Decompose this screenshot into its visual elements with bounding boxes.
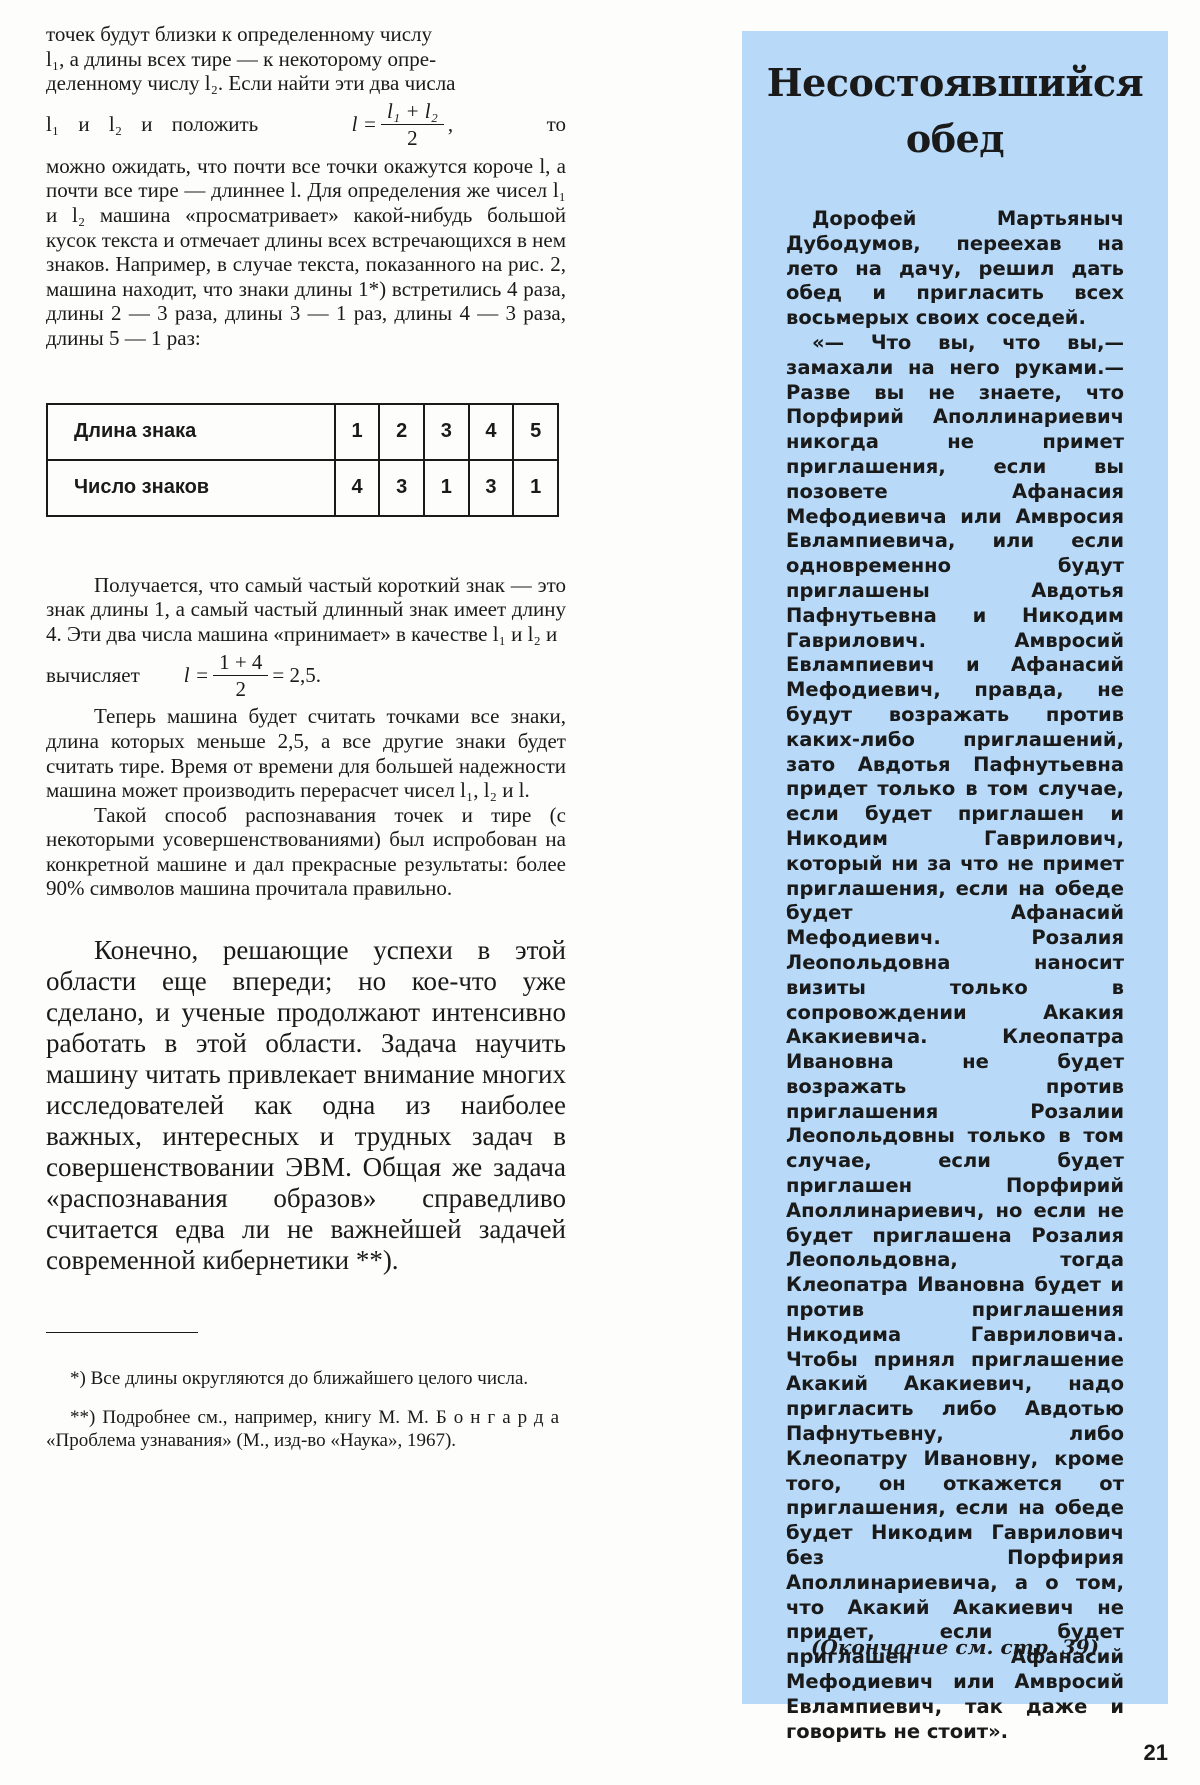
table-cell: 3 <box>469 460 514 516</box>
formula2-result: = 2,5. <box>272 663 321 688</box>
sign-length-table: Длина знака 1 2 3 4 5 Число знаков 4 3 1… <box>46 403 559 517</box>
continuation-note: (Окончание см. стр. 39) <box>742 1635 1168 1659</box>
table-cell: 1 <box>424 460 469 516</box>
table-cell: 3 <box>379 460 424 516</box>
main-article-column: точек будут близки к определенному числу… <box>46 22 566 1468</box>
footnote-1: *) Все длины округляются до ближайшего ц… <box>46 1367 566 1390</box>
footnote-2-after: «Проблема узнавания» (М., изд-во «Наука»… <box>46 1430 456 1451</box>
table-cell: 1 <box>513 460 558 516</box>
paragraph-4: Теперь машина будет считать точками все … <box>46 704 566 802</box>
fraction-numerator: 1 + 4 <box>213 649 268 676</box>
sidebar-paragraph-2: «— Что вы, что вы,— замахали на него рук… <box>786 331 1124 1744</box>
paragraph-2: можно ожидать, что почти все точки окажу… <box>46 154 566 351</box>
para1-line-3: деленному числу l₂. Если найти эти два ч… <box>46 71 566 96</box>
table-cell: 4 <box>469 404 514 460</box>
footnote-separator <box>46 1332 198 1333</box>
para1-line-1: точек будут близки к определенному числу <box>46 22 566 47</box>
spacer <box>46 901 566 935</box>
sidebar-paragraph-1: Дорофей Мартьяныч Дубодумов, переехав на… <box>786 207 1124 331</box>
footnote-2-author: Бонгарда <box>436 1407 566 1428</box>
fraction: 1 + 4 2 <box>213 649 268 702</box>
footnote-2: **) Подробнее см., например, книгу М. М.… <box>46 1406 566 1452</box>
fraction-numerator: l₁ + l₂ <box>381 98 444 125</box>
fraction-denominator: 2 <box>407 125 418 151</box>
sidebar-title: Несостоявшийся обед <box>742 55 1168 167</box>
page-number: 21 <box>1144 1740 1168 1766</box>
paragraph-1: точек будут близки к определенному числу… <box>46 22 566 96</box>
formula-tail: то <box>547 112 566 137</box>
paragraph-3: Получается, что самый частый короткий зн… <box>46 573 566 647</box>
sidebar-title-line-2: обед <box>742 111 1168 167</box>
formula-average: l₁ и l₂ и положить l = l₁ + l₂ 2 , то <box>46 96 566 154</box>
formula2-prefix: вычисляет <box>46 663 140 688</box>
formula-prefix: l₁ и l₂ и положить <box>46 112 258 137</box>
footnote-2-before: **) Подробнее см., например, книгу М. М. <box>70 1407 436 1428</box>
formula-computation: вычисляет l = 1 + 4 2 = 2,5. <box>46 646 566 704</box>
table-row-length: Длина знака 1 2 3 4 5 <box>47 404 558 460</box>
fraction: l₁ + l₂ 2 <box>381 98 444 151</box>
row-label: Длина знака <box>47 404 335 460</box>
table-cell: 3 <box>424 404 469 460</box>
formula-expression: l = l₁ + l₂ 2 , <box>352 98 453 151</box>
paragraph-5: Такой способ распознавания точек и тире … <box>46 803 566 901</box>
sidebar-title-line-1: Несостоявшийся <box>742 55 1168 111</box>
sign-length-table-wrapper: Длина знака 1 2 3 4 5 Число знаков 4 3 1… <box>46 403 566 517</box>
table-cell: 1 <box>335 404 380 460</box>
row-label: Число знаков <box>47 460 335 516</box>
table-cell: 2 <box>379 404 424 460</box>
table-row-count: Число знаков 4 3 1 3 1 <box>47 460 558 516</box>
para1-line-2: l₁, а длины всех тире — к некоторому опр… <box>46 47 566 72</box>
formula-lhs: l = <box>352 112 377 137</box>
table-cell: 5 <box>513 404 558 460</box>
puzzle-sidebar: Несостоявшийся обед Дорофей Мартьяныч Ду… <box>742 31 1168 1704</box>
sidebar-body: Дорофей Мартьяныч Дубодумов, переехав на… <box>786 207 1124 1744</box>
table-cell: 4 <box>335 460 380 516</box>
fraction-denominator: 2 <box>235 676 246 702</box>
formula2-lhs: l = <box>184 663 209 688</box>
paragraph-6-large: Конечно, решающие успехи в этой области … <box>46 935 566 1276</box>
formula-suffix: , <box>448 112 453 137</box>
